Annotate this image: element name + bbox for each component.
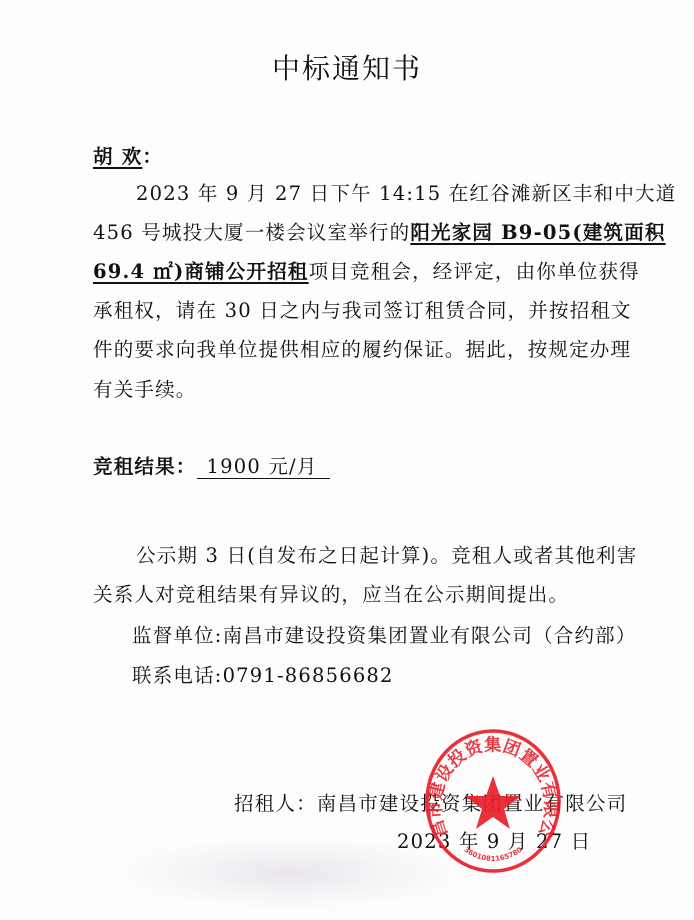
paragraph-line: 2023 年 9 月 27 日下午 14:15 在红谷滩新区丰和中大道 bbox=[136, 178, 676, 206]
notice-line: 公示期 3 日(自发布之日起计算)。竞租人或者其他利害 bbox=[136, 540, 637, 568]
paragraph-line: 69.4 ㎡)商铺公开招租项目竞租会，经评定，由你单位获得 bbox=[93, 256, 640, 284]
bid-result-label: 竞租结果： bbox=[93, 455, 197, 478]
svg-text:南昌市建设投资集团置业有限公司: 南昌市建设投资集团置业有限公司 bbox=[423, 728, 561, 840]
salutation-colon: ： bbox=[142, 145, 163, 168]
salutation: 胡 欢： bbox=[93, 141, 163, 169]
lessor-signature: 招租人：南昌市建设投资集团置业有限公司 bbox=[234, 788, 627, 816]
project-name-highlight: 阳光家园 B9-05(建筑面积 bbox=[410, 221, 665, 244]
recipient-name: 胡 欢 bbox=[93, 145, 142, 168]
notice-page: 中标通知书 胡 欢： 2023 年 9 月 27 日下午 14:15 在红谷滩新… bbox=[0, 0, 694, 920]
notice-line: 关系人对竞租结果有异议的，应当在公示期间提出。 bbox=[93, 579, 569, 607]
paragraph-line: 承租权，请在 30 日之内与我司签订租赁合同，并按招租文 bbox=[93, 295, 632, 323]
paragraph-line: 件的要求向我单位提供相应的履约保证。据此，按规定办理 bbox=[93, 334, 631, 362]
paragraph-text: 项目竞租会，经评定，由你单位获得 bbox=[309, 260, 640, 283]
bid-result-value: 1900 元/月 bbox=[197, 455, 330, 479]
seal-ring-text: 南昌市建设投资集团置业有限公司 bbox=[423, 728, 561, 840]
project-name-highlight: 69.4 ㎡)商铺公开招租 bbox=[93, 260, 309, 283]
paragraph-text: 456 号城投大厦一楼会议室举行的 bbox=[93, 221, 410, 244]
paragraph-line: 有关手续。 bbox=[93, 374, 197, 402]
document-title: 中标通知书 bbox=[0, 47, 694, 87]
signature-date: 2023 年 9 月 27 日 bbox=[397, 826, 591, 854]
contact-phone: 联系电话:0791-86856682 bbox=[132, 660, 394, 688]
paragraph-line: 456 号城投大厦一楼会议室举行的阳光家园 B9-05(建筑面积 bbox=[93, 217, 666, 245]
supervisor-unit: 监督单位:南昌市建设投资集团置业有限公司（合约部） bbox=[132, 620, 637, 648]
bid-result: 竞租结果：1900 元/月 bbox=[93, 451, 330, 479]
